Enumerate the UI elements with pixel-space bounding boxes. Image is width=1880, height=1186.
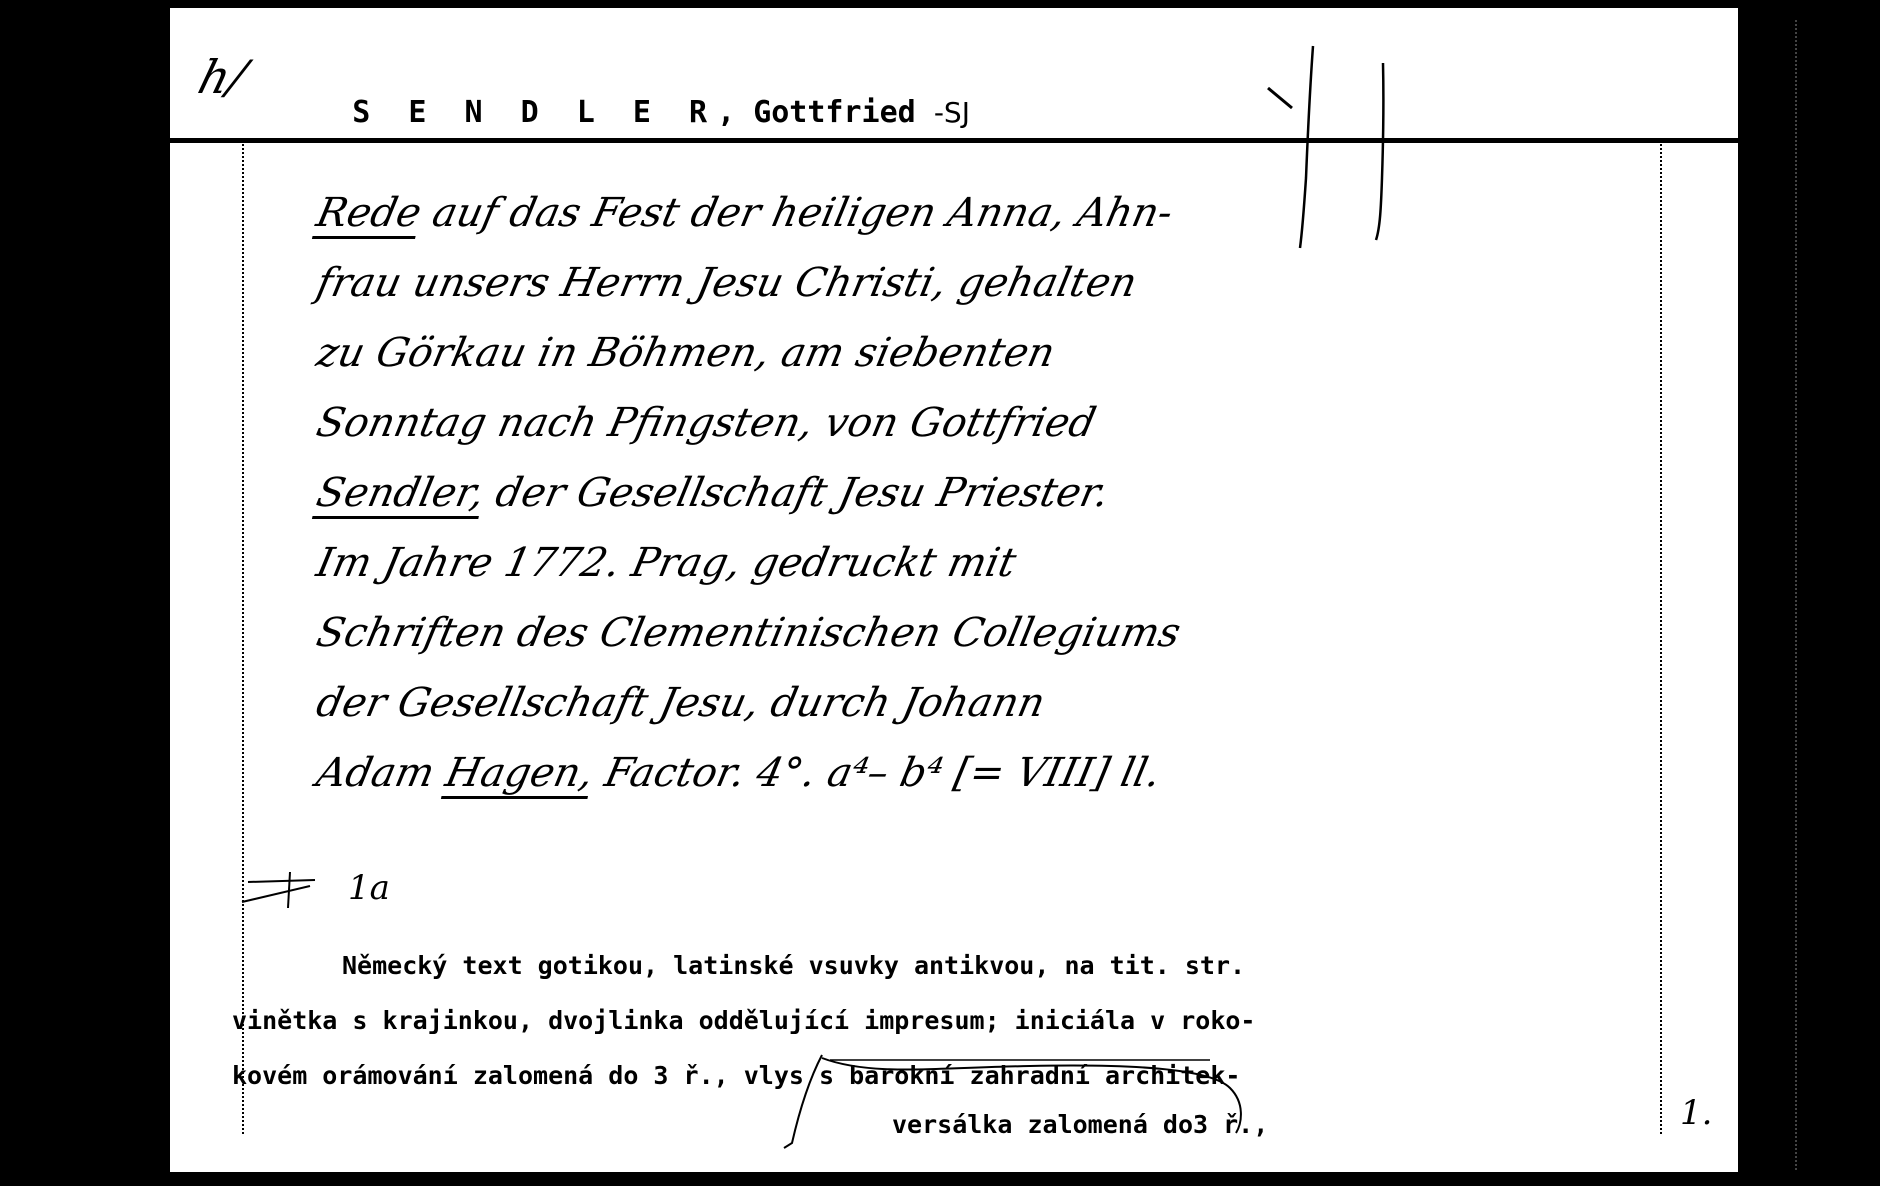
marginal-handwritten-mark: h/ (193, 50, 253, 104)
underlined-word: Rede (313, 190, 426, 236)
typed-description: Německý text gotikou, latinské vsuvky an… (232, 938, 1672, 1147)
handwritten-line: Sendler, der Gesellschaft Jesu Priester. (310, 458, 1685, 528)
underlined-word: Hagen, (442, 750, 598, 796)
handwritten-line: Im Jahre 1772. Prag, gedruckt mit (310, 528, 1685, 598)
typed-line: kovém orámování zalomená do 3 ř., vlys s… (232, 1048, 1672, 1103)
handwritten-line: frau unsers Herrn Jesu Christi, gehalten (310, 248, 1685, 318)
handwritten-line: der Gesellschaft Jesu, durch Johann (310, 668, 1685, 738)
scan-edge-artifact (1795, 20, 1797, 1170)
card-title: S E N D L E R, Gottfried -SJ (280, 60, 970, 165)
given-name: Gottfried (753, 95, 916, 130)
underlined-word: Sendler, (313, 470, 489, 516)
handwritten-line: zu Görkau in Böhmen, am siebenten (310, 318, 1685, 388)
handwritten-entry: Rede auf das Fest der heiligen Anna, Ahn… (310, 178, 1670, 808)
corner-handwritten-mark: 1. (1680, 1093, 1712, 1133)
typed-line: Německý text gotikou, latinské vsuvky an… (232, 938, 1672, 993)
header-rule (170, 138, 1738, 143)
handwritten-annotation: 1a (348, 868, 390, 908)
name-separator: , (717, 95, 753, 130)
order-suffix: -SJ (934, 96, 970, 129)
typed-inserted-line: versálka zalomená do3 ř., (232, 1103, 1672, 1147)
name-space (916, 95, 934, 130)
handwritten-line: Sonntag nach Pfingsten, von Gottfried (310, 388, 1685, 458)
strike-mark (240, 868, 360, 908)
handwritten-line: Adam Hagen, Factor. 4°. a⁴– b⁴ [= VIII] … (310, 738, 1685, 808)
catalog-card: h/ S E N D L E R, Gottfried -SJ Rede auf… (170, 8, 1738, 1172)
handwritten-line: Rede auf das Fest der heiligen Anna, Ahn… (310, 178, 1685, 248)
typed-line: vinětka s krajinkou, dvojlinka oddělujíc… (232, 993, 1672, 1048)
handwritten-line: Schriften des Clementinischen Collegiums (310, 598, 1685, 668)
surname: S E N D L E R (352, 95, 717, 130)
